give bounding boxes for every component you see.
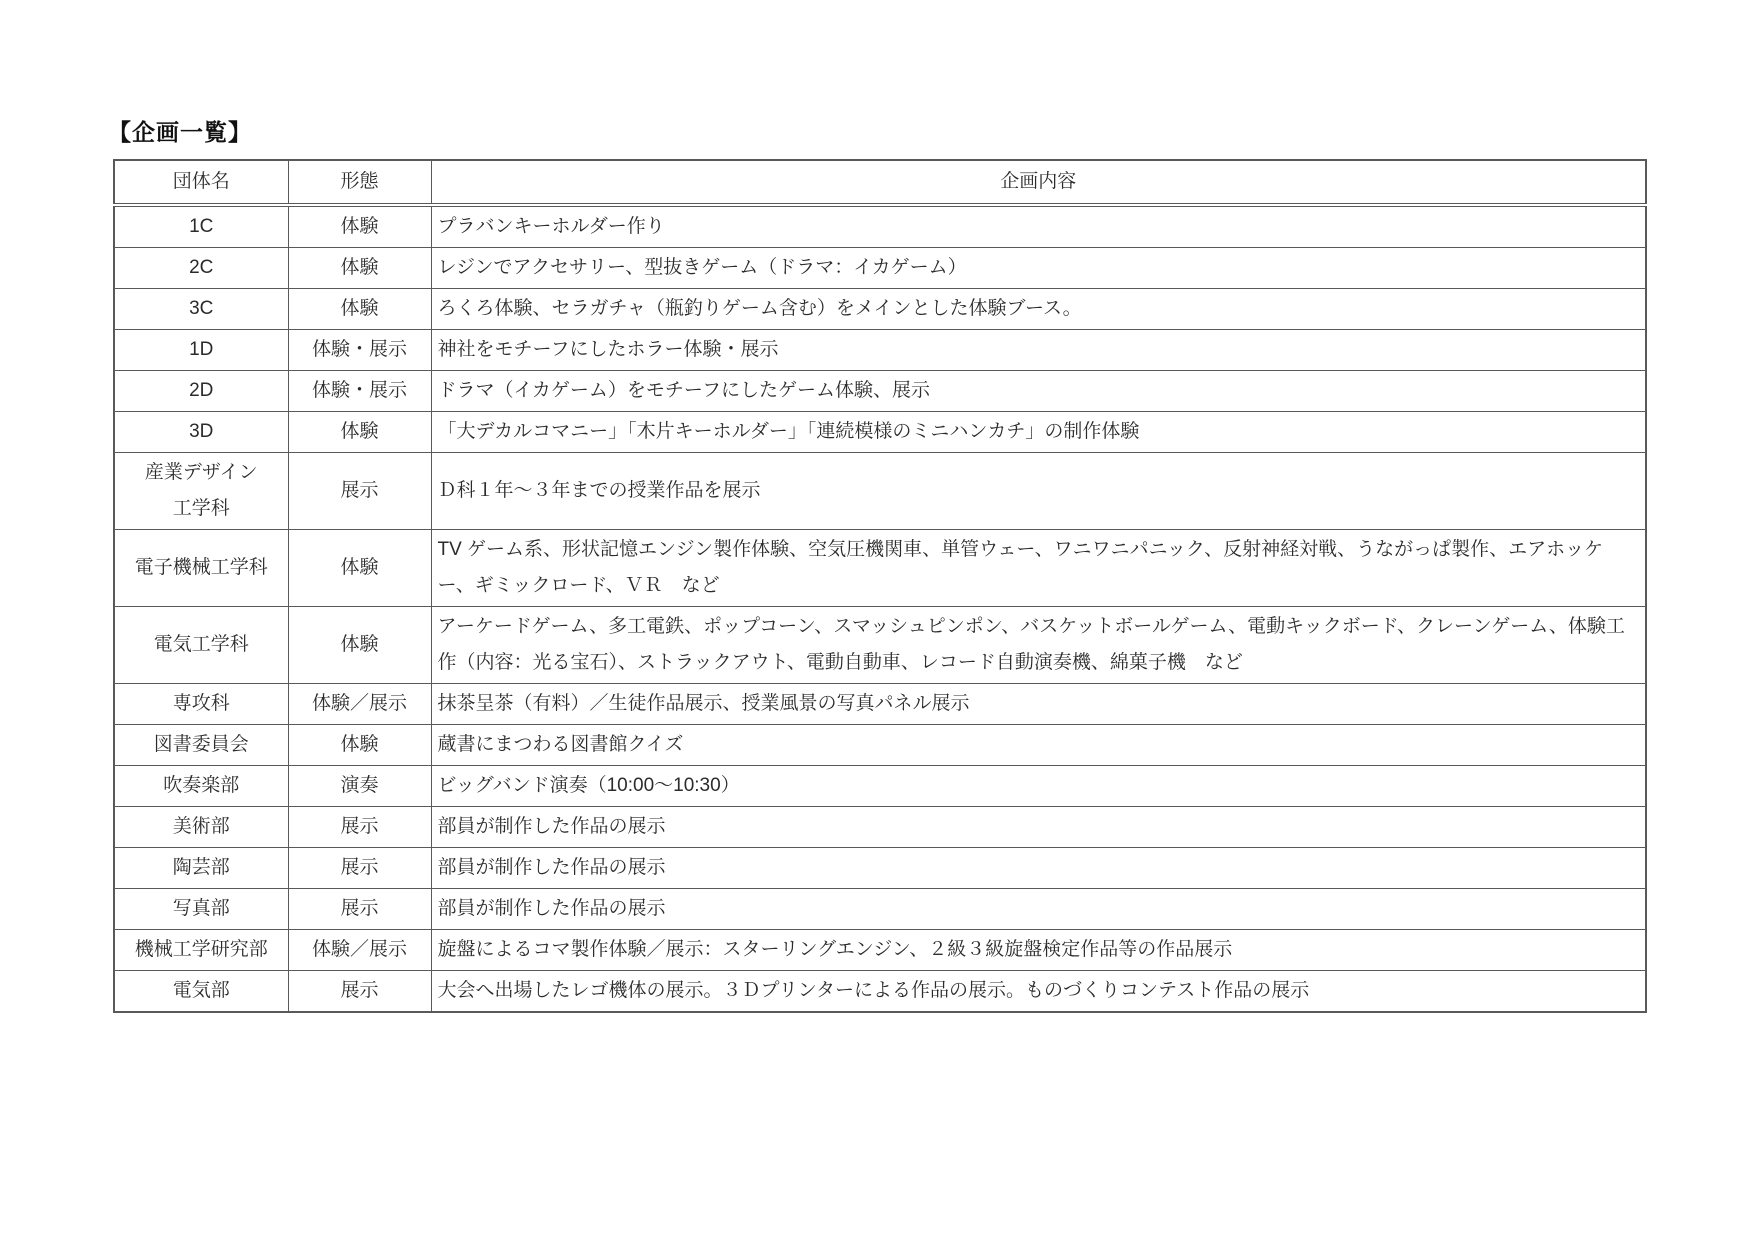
format-cell: 展示 [288,889,431,930]
group-name-cell: 1C [114,205,288,248]
table-header-row: 団体名 形態 企画内容 [114,160,1646,205]
group-name-cell: 2C [114,248,288,289]
content-cell: 蔵書にまつわる図書館クイズ [431,725,1646,766]
group-name-cell: 電子機械工学科 [114,530,288,607]
group-name-cell: 1D [114,330,288,371]
content-cell: 抹茶呈茶（有料）／生徒作品展示、授業風景の写真パネル展示 [431,684,1646,725]
group-name-cell: 電気工学科 [114,607,288,684]
group-name-cell: 陶芸部 [114,848,288,889]
format-cell: 体験 [288,725,431,766]
format-cell: 体験・展示 [288,330,431,371]
format-cell: 展示 [288,848,431,889]
content-cell: 大会へ出場したレゴ機体の展示。３Ｄプリンターによる作品の展示。ものづくりコンテス… [431,971,1646,1013]
format-cell: 展示 [288,453,431,530]
table-row: 2D 体験・展示 ドラマ（イカゲーム）をモチーフにしたゲーム体験、展示 [114,371,1646,412]
group-name-cell: 電気部 [114,971,288,1013]
group-name-cell: 吹奏楽部 [114,766,288,807]
group-name-cell: 写真部 [114,889,288,930]
format-cell: 体験 [288,412,431,453]
table-row: 2C 体験 レジンでアクセサリー、型抜きゲーム（ドラマ：イカゲーム） [114,248,1646,289]
group-name-cell: 2D [114,371,288,412]
header-content: 企画内容 [431,160,1646,205]
content-cell: プラバンキーホルダー作り [431,205,1646,248]
group-name-cell: 3D [114,412,288,453]
table-row: 専攻科 体験／展示 抹茶呈茶（有料）／生徒作品展示、授業風景の写真パネル展示 [114,684,1646,725]
group-name-cell: 専攻科 [114,684,288,725]
content-cell: 神社をモチーフにしたホラー体験・展示 [431,330,1646,371]
table-row: 1D 体験・展示 神社をモチーフにしたホラー体験・展示 [114,330,1646,371]
content-cell: 部員が制作した作品の展示 [431,889,1646,930]
table-row: 写真部 展示 部員が制作した作品の展示 [114,889,1646,930]
format-cell: 展示 [288,971,431,1013]
format-cell: 体験／展示 [288,684,431,725]
group-name-cell: 美術部 [114,807,288,848]
document-page: { "page": { "title": "【企画一覧】" }, "table"… [0,0,1755,1240]
table-row: 3C 体験 ろくろ体験、セラガチャ（瓶釣りゲーム含む）をメインとした体験ブース。 [114,289,1646,330]
table-row: 機械工学研究部 体験／展示 旋盤によるコマ製作体験／展示：スターリングエンジン、… [114,930,1646,971]
content-cell: 「大デカルコマニー」「木片キーホルダー」「連続模様のミニハンカチ」の制作体験 [431,412,1646,453]
group-name-cell: 産業デザイン 工学科 [114,453,288,530]
group-name-cell: 3C [114,289,288,330]
group-name-cell: 図書委員会 [114,725,288,766]
group-name-cell: 機械工学研究部 [114,930,288,971]
header-format: 形態 [288,160,431,205]
table-row: 図書委員会 体験 蔵書にまつわる図書館クイズ [114,725,1646,766]
table-row: 電子機械工学科 体験 TV ゲーム系、形状記憶エンジン製作体験、空気圧機関車、単… [114,530,1646,607]
content-cell: 部員が制作した作品の展示 [431,848,1646,889]
table-row: 電気部 展示 大会へ出場したレゴ機体の展示。３Ｄプリンターによる作品の展示。もの… [114,971,1646,1013]
project-list-table: 団体名 形態 企画内容 1C 体験 プラバンキーホルダー作り 2C 体験 レジン… [113,159,1647,1013]
format-cell: 体験 [288,607,431,684]
content-cell: 部員が制作した作品の展示 [431,807,1646,848]
content-cell: レジンでアクセサリー、型抜きゲーム（ドラマ：イカゲーム） [431,248,1646,289]
page-container: 【企画一覧】 団体名 形態 企画内容 1C 体験 プラバンキーホルダー作り 2C… [108,114,1647,1013]
table-row: 陶芸部 展示 部員が制作した作品の展示 [114,848,1646,889]
content-cell: ドラマ（イカゲーム）をモチーフにしたゲーム体験、展示 [431,371,1646,412]
format-cell: 体験／展示 [288,930,431,971]
page-title: 【企画一覧】 [108,114,1647,147]
format-cell: 体験・展示 [288,371,431,412]
format-cell: 体験 [288,248,431,289]
table-row: 1C 体験 プラバンキーホルダー作り [114,205,1646,248]
table-row: 美術部 展示 部員が制作した作品の展示 [114,807,1646,848]
header-group-name: 団体名 [114,160,288,205]
format-cell: 展示 [288,807,431,848]
format-cell: 体験 [288,205,431,248]
format-cell: 体験 [288,530,431,607]
table-row: 電気工学科 体験 アーケードゲーム、多工電鉄、ポップコーン、スマッシュピンポン、… [114,607,1646,684]
format-cell: 体験 [288,289,431,330]
content-cell: アーケードゲーム、多工電鉄、ポップコーン、スマッシュピンポン、バスケットボールゲ… [431,607,1646,684]
content-cell: ろくろ体験、セラガチャ（瓶釣りゲーム含む）をメインとした体験ブース。 [431,289,1646,330]
content-cell: Ｄ科１年～３年までの授業作品を展示 [431,453,1646,530]
table-row: 3D 体験 「大デカルコマニー」「木片キーホルダー」「連続模様のミニハンカチ」の… [114,412,1646,453]
table-row: 吹奏楽部 演奏 ビッグバンド演奏（10:00～10:30） [114,766,1646,807]
content-cell: ビッグバンド演奏（10:00～10:30） [431,766,1646,807]
content-cell: TV ゲーム系、形状記憶エンジン製作体験、空気圧機関車、単管ウェー、ワニワニパニ… [431,530,1646,607]
table-row: 産業デザイン 工学科 展示 Ｄ科１年～３年までの授業作品を展示 [114,453,1646,530]
content-cell: 旋盤によるコマ製作体験／展示：スターリングエンジン、２級３級旋盤検定作品等の作品… [431,930,1646,971]
format-cell: 演奏 [288,766,431,807]
